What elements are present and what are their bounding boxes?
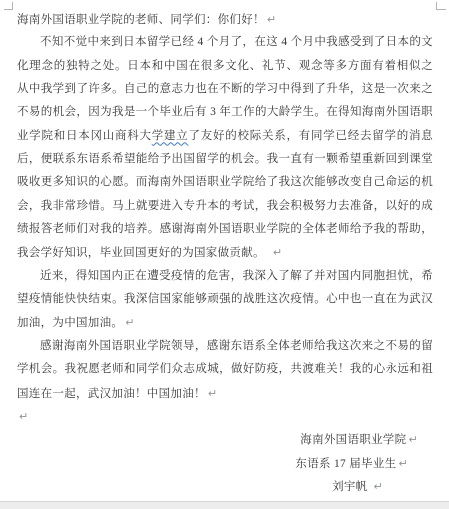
paragraph-mark-icon: ↵ [373, 480, 383, 493]
text-segment: 感谢海南外国语职业学院领导，感谢东语系全体老师给我这次来之不易的留 [40, 340, 433, 352]
paragraph-mark-icon: ↵ [273, 246, 283, 259]
paragraph-mark-icon: ↵ [125, 316, 135, 329]
document-line[interactable]: 从中我学到了许多。自己的意志力也在不断的学习中得到了升华，这是一次来之 [17, 78, 433, 101]
document-line[interactable]: ↵ [17, 405, 433, 428]
document-line[interactable]: 化理念的独特之处。日本和中国在很多文化、礼节、观念等多方面有着相似之处， [17, 55, 433, 78]
document-line[interactable]: 近来，得知国内正在遭受疫情的危害，我深入了解了并对国内同胞担忧，希 [17, 265, 433, 288]
paragraph-mark-icon: ↵ [398, 457, 408, 470]
text-segment: 了友好的校际关系，有同学已经去留学的消息 [188, 130, 433, 142]
page-bottom-gap [0, 501, 449, 509]
paragraph-mark-icon: ↵ [408, 433, 418, 446]
paragraph-mark-icon: ↵ [208, 387, 218, 400]
text-segment: 海南外国语职业学院的老师、同学们：你们好！ [17, 14, 265, 26]
text-segment: 学机会。我祝愿老师和同学们众志成城，做好防疫，共渡难关！我的心永远和祖 [17, 363, 433, 375]
text-segment: 化理念的独特之处。日本和中国在很多文化、礼节、观念等多方面有着相似之处， [17, 60, 433, 78]
word-page: { "page": { "colors": { "page_bg": "#fff… [0, 0, 449, 509]
paragraph-mark-icon: ↵ [267, 13, 277, 26]
text-segment: 吸收更多知识的心愿。而海南外国语职业学院给了我这次能够改变自己命运的机 [17, 176, 433, 188]
text-segment: 海南外国语职业学院 [300, 434, 406, 446]
text-segment: 会，我非常珍惜。马上就要进入专升本的考试，我会积极努力去准备，以好的成 [17, 200, 433, 212]
document-line[interactable]: 业学院和日本冈山商科大学建立了友好的校际关系，有同学已经去留学的消息 [17, 125, 433, 148]
text-segment: 绩报答老师们对我的培养。感谢海南外国语职业学院的全体老师给予我的帮助， [17, 223, 433, 235]
text-segment: 不易的机会，因为我是一个毕业后有 3 年工作的大龄学生。在得知海南外国语职 [17, 106, 433, 118]
text-segment: 加油，为中国加油。 [17, 317, 123, 329]
document-line[interactable]: 后，便联系东语系希望能给予出国留学的机会。我一直有一颗希望重新回到课堂 [17, 148, 433, 171]
text-segment: 不知不觉中来到日本留学已经 4 个月了，在这 4 个月中我感受到了日本的文 [40, 36, 433, 48]
crop-mark-top-right-icon [436, 2, 446, 10]
text-segment: 东语系 17 届毕业生 [295, 458, 396, 470]
document-line[interactable]: 国连在一起，武汉加油！中国加油！↵ [17, 382, 433, 405]
grammar-check-underline: 学建立 [152, 130, 189, 142]
document-line[interactable]: 望疫情能快快结束。我深信国家能够顽强的战胜这次疫情。心中也一直在为武汉 [17, 288, 433, 311]
document-line[interactable]: 加油，为中国加油。↵ [17, 311, 433, 334]
document-line[interactable]: 我会学好知识，毕业回国更好的为国家做贡献。↵ [17, 241, 433, 264]
text-segment: 我会学好知识，毕业回国更好的为国家做贡献。 [17, 247, 265, 259]
text-segment: 望疫情能快快结束。我深信国家能够顽强的战胜这次疫情。心中也一直在为武汉 [17, 293, 433, 305]
document-line[interactable]: 学机会。我祝愿老师和同学们众志成城，做好防疫，共渡难关！我的心永远和祖 [17, 358, 433, 381]
text-segment: 业学院和日本冈山商科大 [17, 130, 152, 142]
document-line[interactable]: 绩报答老师们对我的培养。感谢海南外国语职业学院的全体老师给予我的帮助， [17, 218, 433, 241]
paragraph-mark-icon: ↵ [19, 410, 29, 423]
document-line[interactable]: 吸收更多知识的心愿。而海南外国语职业学院给了我这次能够改变自己命运的机 [17, 171, 433, 194]
text-segment: 近来，得知国内正在遭受疫情的危害，我深入了解了并对国内同胞担忧，希 [40, 270, 433, 282]
document-line[interactable]: 不知不觉中来到日本留学已经 4 个月了，在这 4 个月中我感受到了日本的文 [17, 31, 433, 54]
text-segment: 国连在一起，武汉加油！中国加油！ [17, 388, 206, 400]
document-line[interactable]: 不易的机会，因为我是一个毕业后有 3 年工作的大龄学生。在得知海南外国语职 [17, 101, 433, 124]
document-line[interactable]: 刘宇帆↵ [17, 475, 433, 498]
document-line[interactable]: 海南外国语职业学院的老师、同学们：你们好！↵ [17, 8, 433, 31]
document-text-area[interactable]: 海南外国语职业学院的老师、同学们：你们好！↵不知不觉中来到日本留学已经 4 个月… [17, 8, 433, 498]
document-line[interactable]: 东语系 17 届毕业生↵ [17, 452, 433, 475]
crop-mark-top-left-icon [4, 2, 13, 10]
text-segment: 刘宇帆 [332, 481, 367, 493]
document-line[interactable]: 会，我非常珍惜。马上就要进入专升本的考试，我会积极努力去准备，以好的成 [17, 195, 433, 218]
document-line[interactable]: 感谢海南外国语职业学院领导，感谢东语系全体老师给我这次来之不易的留 [17, 335, 433, 358]
text-segment: 从中我学到了许多。自己的意志力也在不断的学习中得到了升华，这是一次来之 [17, 83, 433, 95]
document-line[interactable]: 海南外国语职业学院↵ [17, 428, 433, 451]
text-segment: 后，便联系东语系希望能给予出国留学的机会。我一直有一颗希望重新回到课堂 [17, 153, 433, 165]
